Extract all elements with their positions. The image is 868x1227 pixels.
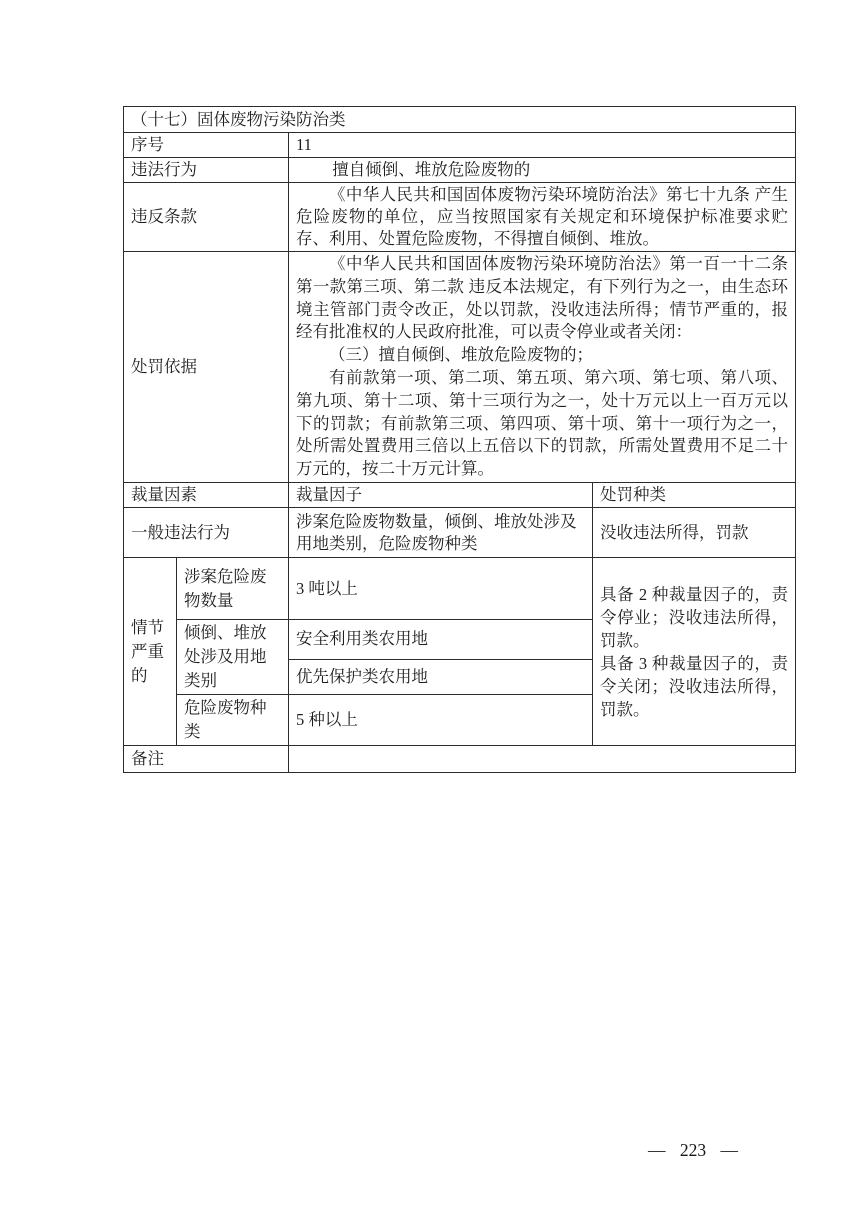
violated-clause-cell: 《中华人民共和国固体废物污染环境防治法》第七十九条 产生危险废物的单位，应当按照… [289, 183, 796, 252]
remark-value-empty [289, 746, 796, 773]
severe-penalty-paragraph-1: 具备 2 种裁量因子的，责令停业；没收违法所得，罚款。 [600, 583, 788, 652]
severe-factor-landtype-label: 倾倒、堆放处涉及用地类别 [177, 620, 289, 695]
illegal-act-label: 违法行为 [124, 158, 289, 183]
severe-factor-landtype-value-1: 安全利用类农用地 [289, 620, 593, 660]
severe-factor-wastetype-label: 危险废物种类 [177, 695, 289, 746]
section-title-row: （十七）固体废物污染防治类 [124, 107, 796, 133]
penalty-basis-row: 处罚依据 《中华人民共和国固体废物污染环境防治法》第一百一十二条第一款第三项、第… [124, 252, 796, 483]
severe-row-quantity: 情节严重的 涉案危险废物数量 3 吨以上 具备 2 种裁量因子的，责令停业；没收… [124, 558, 796, 620]
document-page: （十七）固体废物污染防治类 序号 11 违法行为 擅自倾倒、堆放危险废物的 违反… [0, 0, 868, 1227]
severe-factor-quantity-label: 涉案危险废物数量 [177, 558, 289, 620]
general-violation-penalty: 没收违法所得，罚款 [593, 508, 796, 558]
illegal-act-value: 擅自倾倒、堆放危险废物的 [289, 158, 796, 183]
penalty-basis-paragraph-2: （三）擅自倾倒、堆放危险废物的； [296, 344, 788, 367]
factor-category-header: 裁量因素 [124, 483, 289, 508]
remark-label: 备注 [124, 746, 289, 773]
severe-penalty-paragraph-2: 具备 3 种裁量因子的，责令关闭；没收违法所得，罚款。 [600, 652, 788, 721]
page-number: — 223 — [628, 1140, 758, 1161]
factor-header: 裁量因子 [289, 483, 593, 508]
serial-value: 11 [289, 133, 796, 158]
general-violation-factors: 涉案危险废物数量，倾倒、堆放处涉及用地类别，危险废物种类 [289, 508, 593, 558]
remark-row: 备注 [124, 746, 796, 773]
severe-factor-wastetype-value: 5 种以上 [289, 695, 593, 746]
general-violation-label: 一般违法行为 [124, 508, 289, 558]
severe-section-label: 情节严重的 [124, 558, 177, 746]
violated-clause-label: 违反条款 [124, 183, 289, 252]
penalty-basis-label: 处罚依据 [124, 252, 289, 483]
penalty-type-header: 处罚种类 [593, 483, 796, 508]
penalty-basis-cell: 《中华人民共和国固体废物污染环境防治法》第一百一十二条第一款第三项、第二款 违反… [289, 252, 796, 483]
penalty-basis-paragraph-3: 有前款第一项、第二项、第五项、第六项、第七项、第八项、第九项、第十二项、第十三项… [296, 367, 788, 481]
severe-factor-quantity-value: 3 吨以上 [289, 558, 593, 620]
severe-penalty-cell: 具备 2 种裁量因子的，责令停业；没收违法所得，罚款。 具备 3 种裁量因子的，… [593, 558, 796, 746]
illegal-act-row: 违法行为 擅自倾倒、堆放危险废物的 [124, 158, 796, 183]
section-title: （十七）固体废物污染防治类 [124, 107, 796, 133]
penalty-basis-paragraph-1: 《中华人民共和国固体废物污染环境防治法》第一百一十二条第一款第三项、第二款 违反… [296, 253, 788, 344]
serial-row: 序号 11 [124, 133, 796, 158]
violated-clause-row: 违反条款 《中华人民共和国固体废物污染环境防治法》第七十九条 产生危险废物的单位… [124, 183, 796, 252]
general-violation-row: 一般违法行为 涉案危险废物数量，倾倒、堆放处涉及用地类别，危险废物种类 没收违法… [124, 508, 796, 558]
severe-factor-landtype-value-2: 优先保护类农用地 [289, 659, 593, 694]
penalty-discretion-table: （十七）固体废物污染防治类 序号 11 违法行为 擅自倾倒、堆放危险废物的 违反… [123, 106, 796, 773]
serial-label: 序号 [124, 133, 289, 158]
violated-clause-text: 《中华人民共和国固体废物污染环境防治法》第七十九条 产生危险废物的单位，应当按照… [296, 184, 788, 250]
factor-header-row: 裁量因素 裁量因子 处罚种类 [124, 483, 796, 508]
